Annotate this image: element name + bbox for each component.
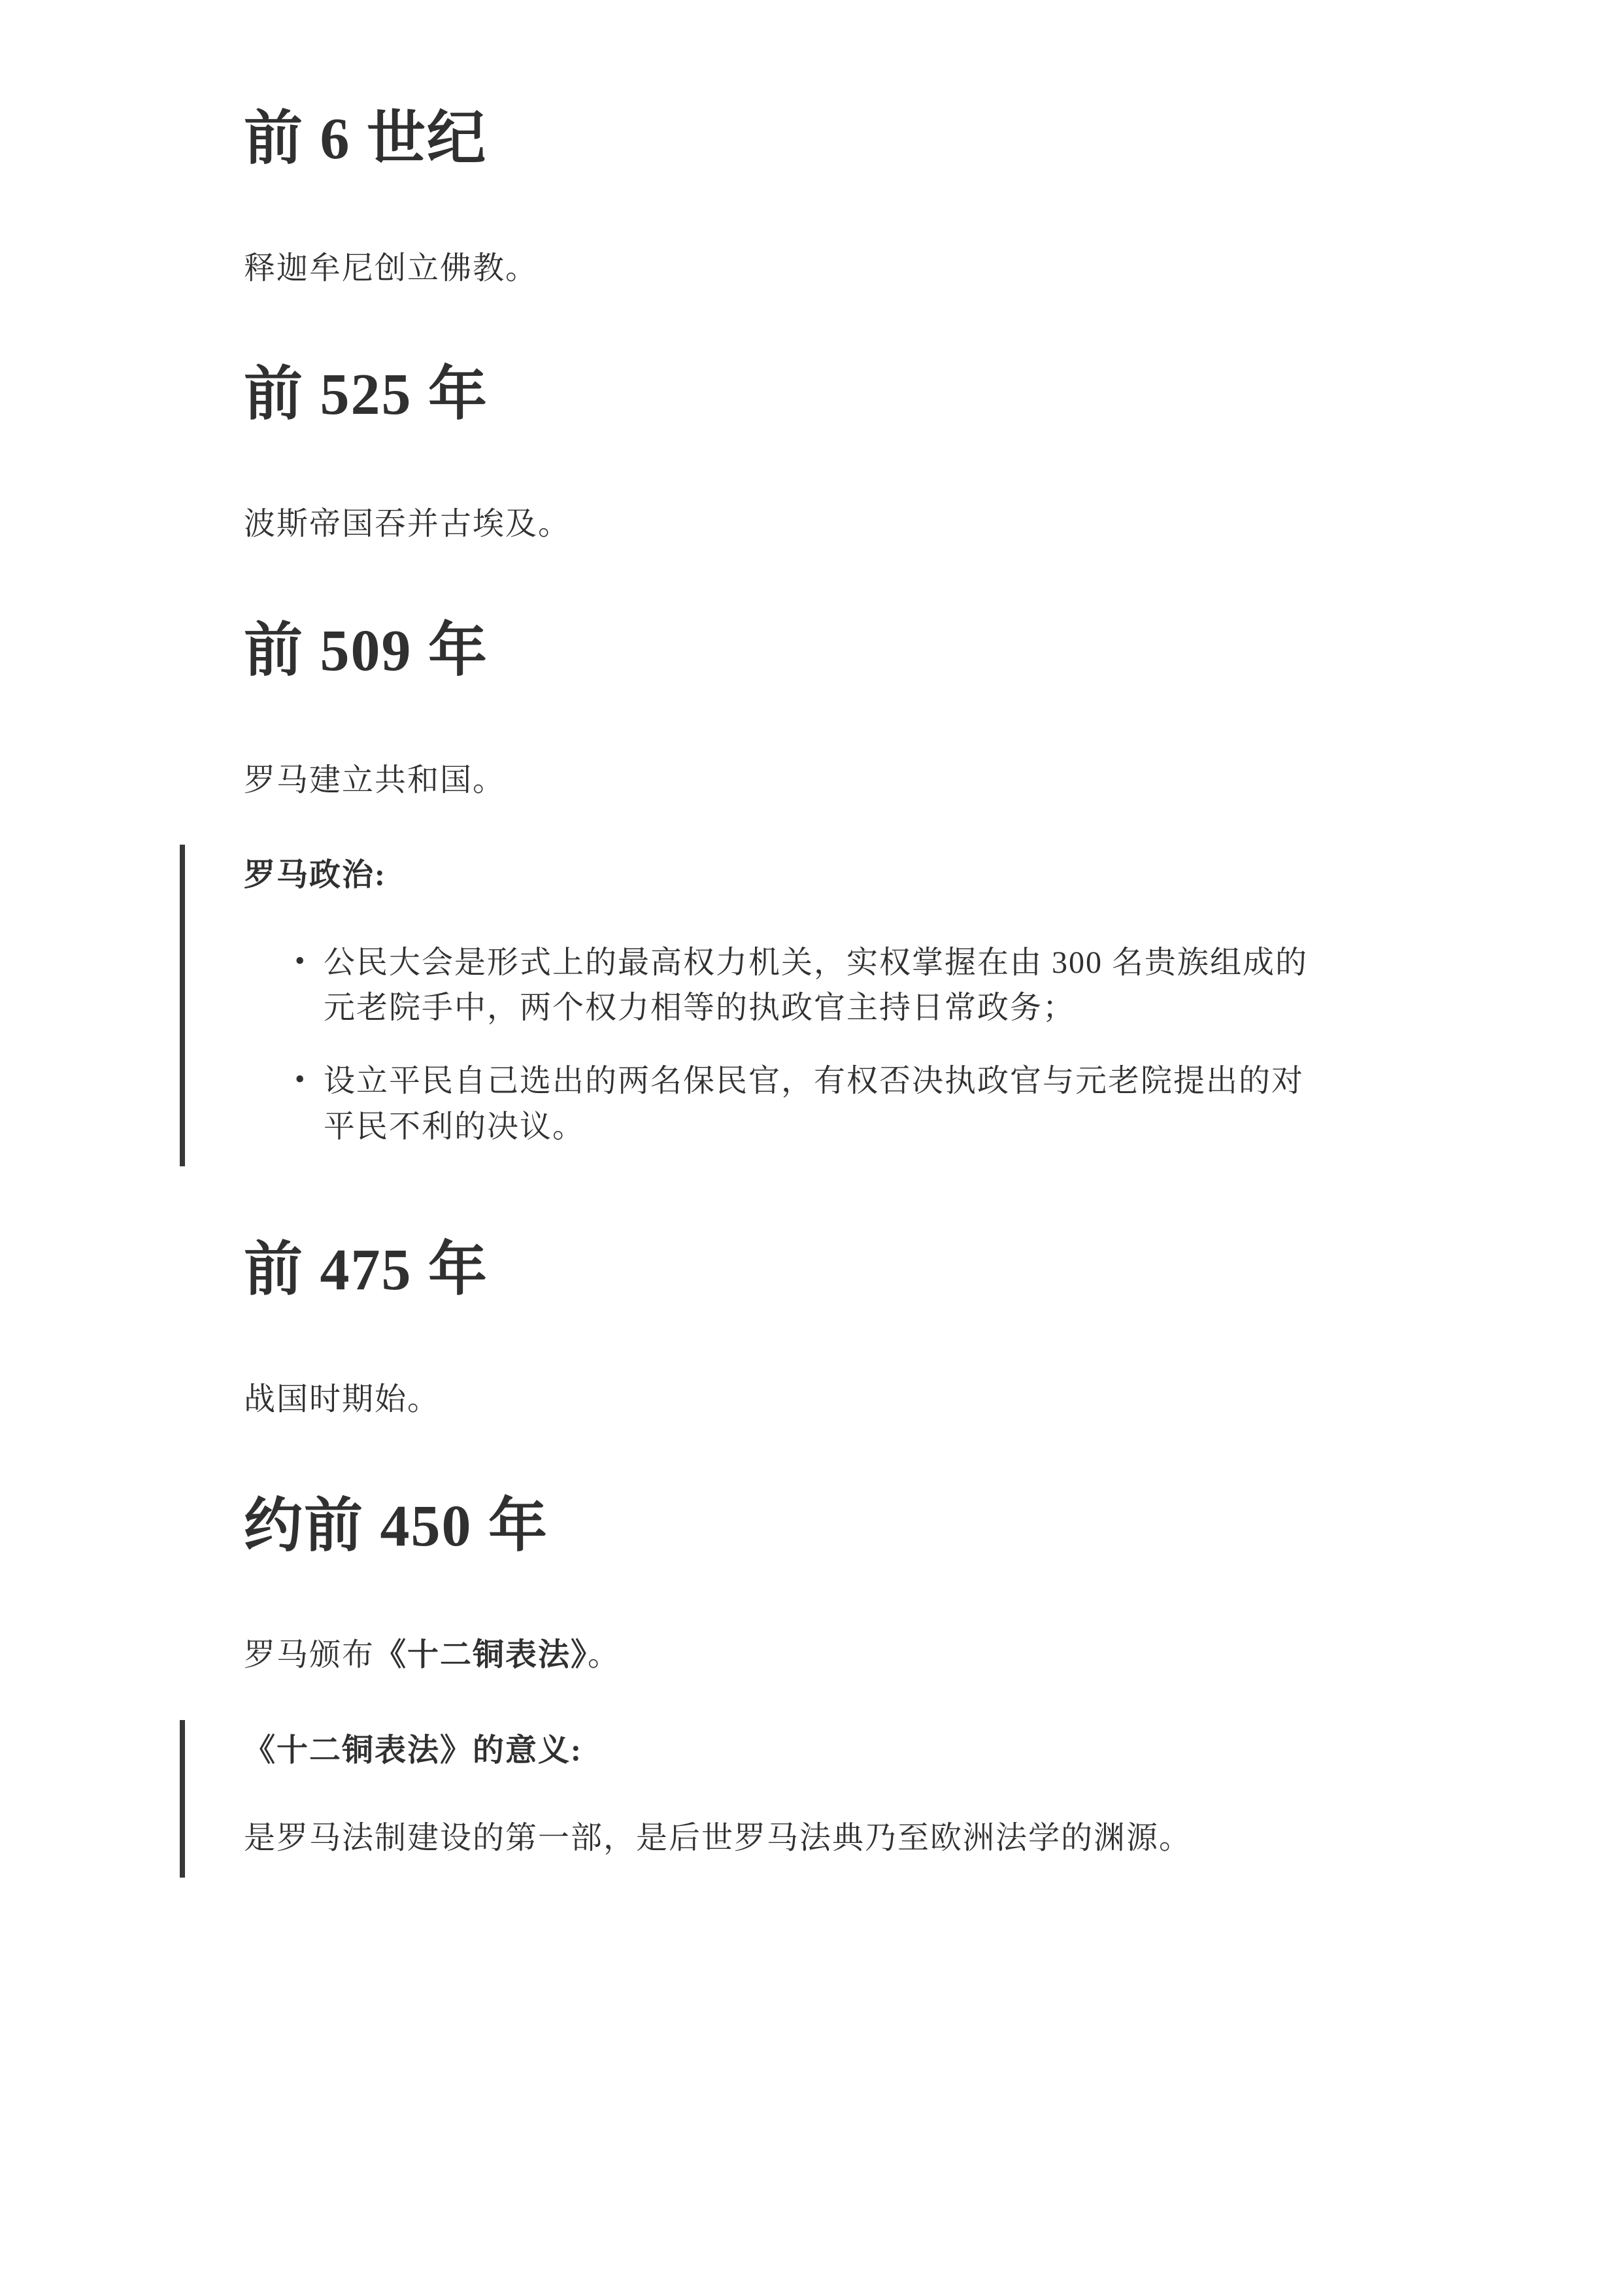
event-text-bold-law-name: 《十二铜表法》 (375, 1638, 588, 1672)
heading-bc-6th-century: 前 6 世纪 (244, 103, 1362, 175)
event-twelve-tables-promulgated: 罗马颁布《十二铜表法》。 (244, 1632, 1362, 1678)
heading-bc-509: 前 509 年 (244, 615, 1362, 687)
note-blockquote-twelve-tables: 《十二铜表法》的意义: 是罗马法制建设的第一部，是后世罗马法典乃至欧洲法学的渊源… (180, 1720, 1362, 1878)
note-bullet-list: 公民大会是形式上的最高权力机关，实权掌握在由 300 名贵族组成的元老院手中，两… (244, 940, 1362, 1149)
note-text: 是罗马法制建设的第一部，是后世罗马法典乃至欧洲法学的渊源。 (244, 1815, 1362, 1861)
heading-bc-475: 前 475 年 (244, 1234, 1362, 1306)
note-title: 罗马政治: (244, 853, 1362, 898)
note-blockquote-roman-politics: 罗马政治: 公民大会是形式上的最高权力机关，实权掌握在由 300 名贵族组成的元… (180, 845, 1362, 1166)
heading-bc-525: 前 525 年 (244, 359, 1362, 431)
note-bullet-item: 公民大会是形式上的最高权力机关，实权掌握在由 300 名贵族组成的元老院手中，两… (324, 940, 1330, 1031)
event-roman-republic-founded: 罗马建立共和国。 (244, 758, 1362, 803)
event-buddhism-founded: 释迦牟尼创立佛教。 (244, 246, 1362, 292)
document-page: 前 6 世纪 释迦牟尼创立佛教。 前 525 年 波斯帝国吞并古埃及。 前 50… (0, 0, 1623, 2296)
event-warring-states-begin: 战国时期始。 (244, 1377, 1362, 1423)
event-text-prefix: 罗马颁布 (244, 1638, 375, 1672)
heading-bc-450-circa: 约前 450 年 (244, 1491, 1362, 1562)
note-title: 《十二铜表法》的意义: (244, 1728, 1362, 1774)
note-bullet-item: 设立平民自己选出的两名保民官，有权否决执政官与元老院提出的对平民不利的决议。 (324, 1058, 1330, 1149)
event-text-suffix: 。 (588, 1638, 620, 1672)
event-persia-annexes-egypt: 波斯帝国吞并古埃及。 (244, 501, 1362, 547)
